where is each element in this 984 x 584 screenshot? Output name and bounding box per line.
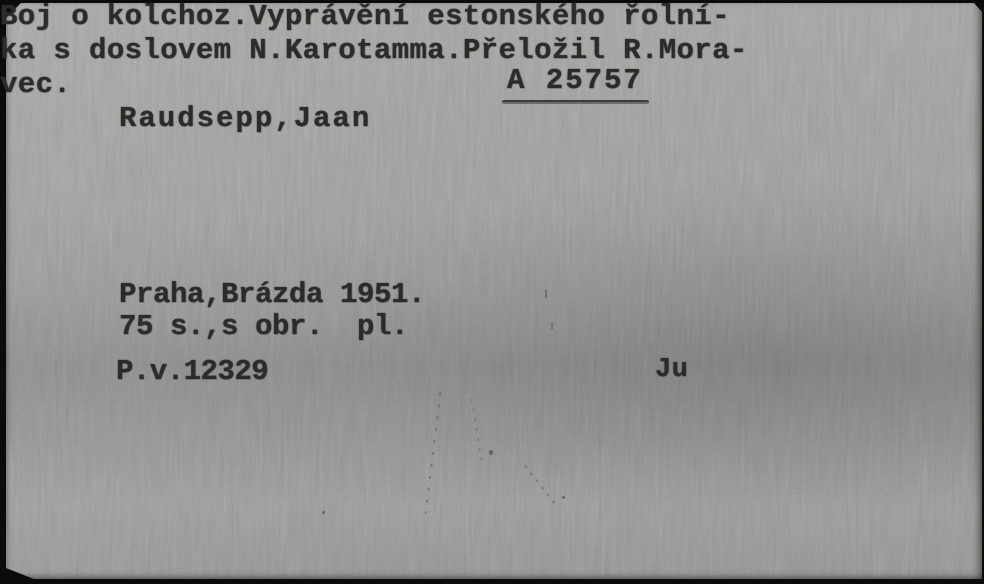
scanned-catalog-card: A 25757 Raudsepp,Jaan Boj o kolchoz.Vypr… — [0, 0, 984, 584]
paper-card — [6, 3, 982, 579]
paper-grain-texture — [6, 3, 982, 579]
